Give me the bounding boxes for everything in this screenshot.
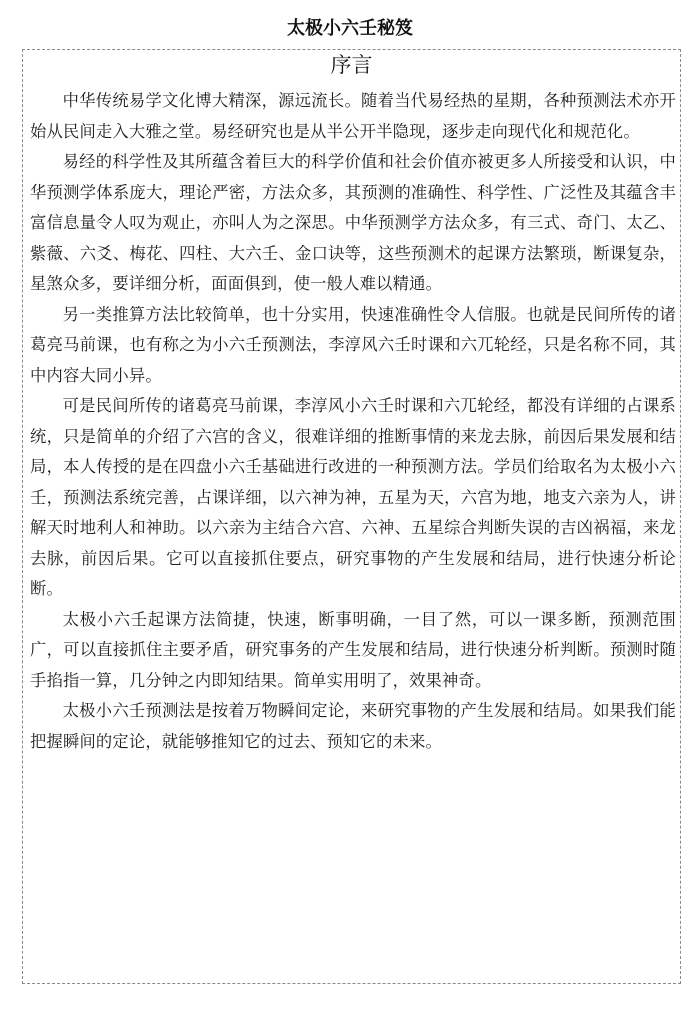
preface-body: 中华传统易学文化博大精深，源远流长。随着当代易经热的星期，各种预测法术亦开始从民… [30,86,676,757]
paragraph: 太极小六壬起课方法简捷，快速，断事明确，一目了然，可以一课多断，预测范围广，可以… [30,605,676,697]
paragraph: 中华传统易学文化博大精深，源远流长。随着当代易经热的星期，各种预测法术亦开始从民… [30,86,676,147]
content-frame: 序言 中华传统易学文化博大精深，源远流长。随着当代易经热的星期，各种预测法术亦开… [22,49,681,984]
paragraph: 太极小六壬预测法是按着万物瞬间定论，来研究事物的产生发展和结局。如果我们能把握瞬… [30,696,676,757]
paragraph: 易经的科学性及其所蕴含着巨大的科学价值和社会价值亦被更多人所接受和认识，中华预测… [30,147,676,300]
document-title: 太极小六壬秘笈 [0,16,700,42]
section-heading: 序言 [23,51,680,79]
paragraph: 可是民间所传的诸葛亮马前课，李淳风小六壬时课和六兀轮经，都没有详细的占课系统，只… [30,391,676,605]
paragraph: 另一类推算方法比较简单，也十分实用，快速准确性令人信服。也就是民间所传的诸葛亮马… [30,300,676,392]
